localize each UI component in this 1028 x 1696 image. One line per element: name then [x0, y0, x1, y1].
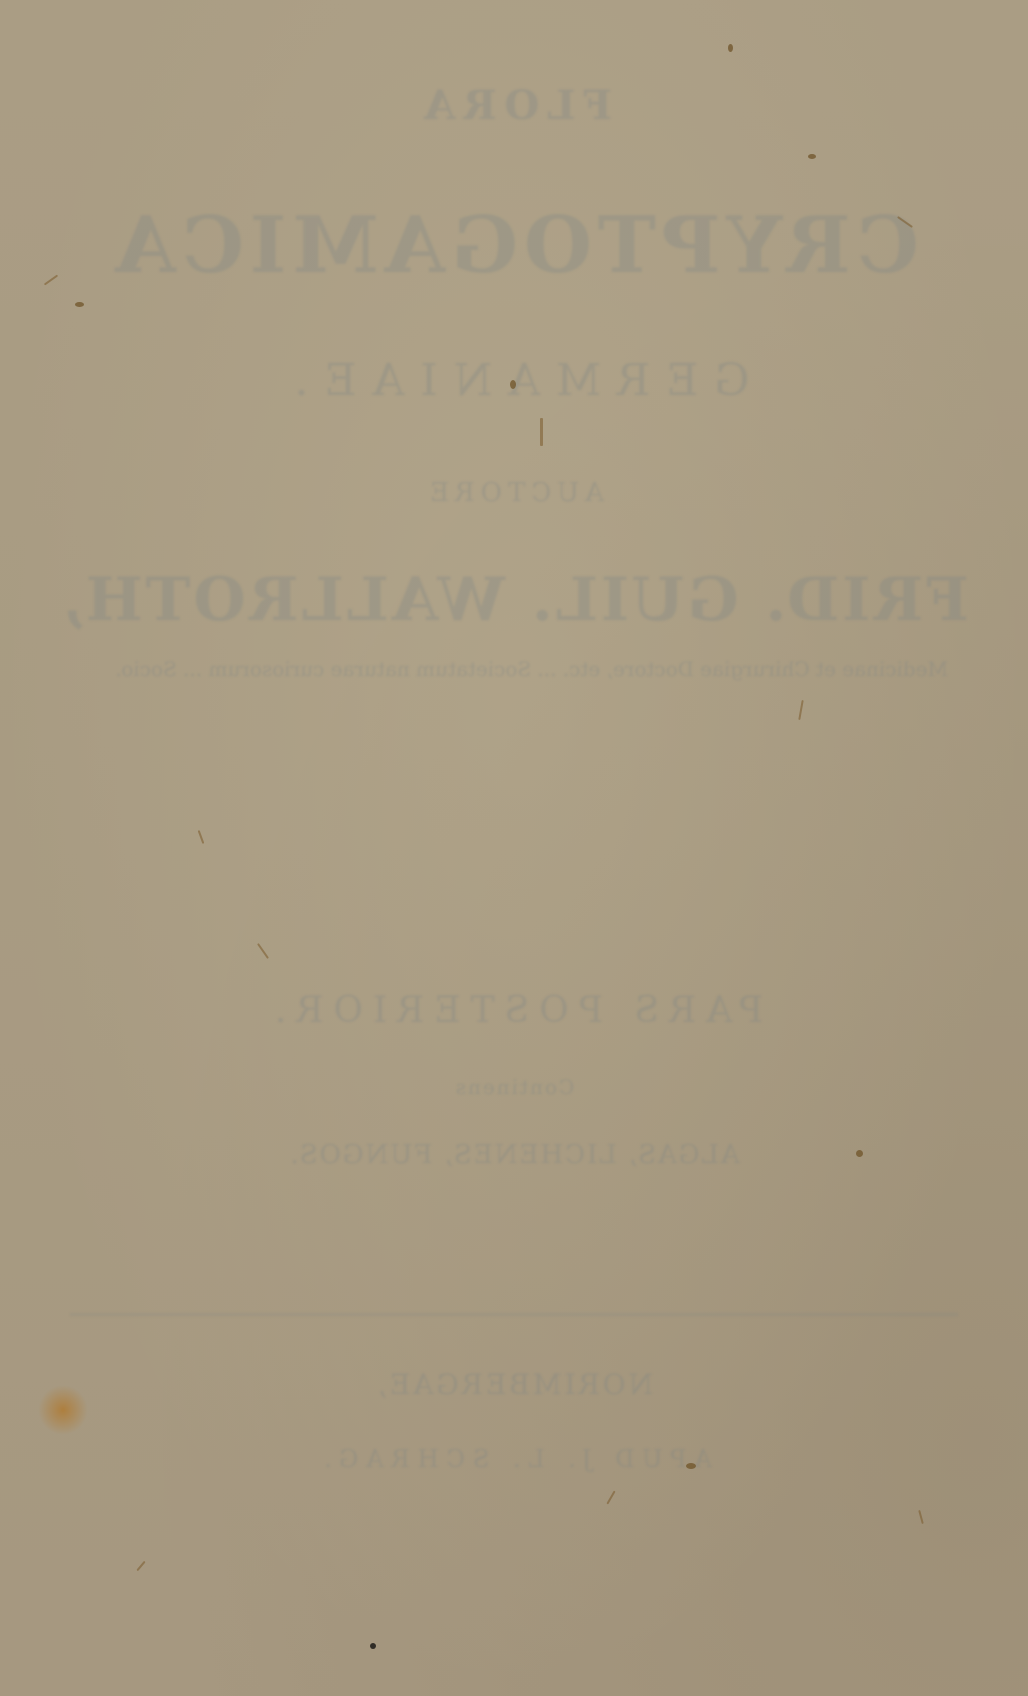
continens-line: Continens: [0, 1075, 1028, 1099]
double-rule-divider: [70, 1313, 958, 1316]
paper-speck: [370, 1643, 376, 1649]
imprint-place: NORIMBERGAE,: [0, 1368, 1028, 1401]
foxing-stain: [38, 1385, 88, 1435]
paper-speck: [728, 44, 733, 52]
paper-speck: [686, 1463, 696, 1469]
author-name: FRID. GUIL. WALLROTH,: [0, 565, 1028, 635]
author-description: Medicinae et Chirurgiae Doctore, etc. ..…: [80, 655, 948, 683]
title-line-flora: FLORA: [0, 82, 1028, 129]
paper-speck: [510, 380, 516, 389]
contents-line: ALGAS, LICHENES, FUNGOS.: [0, 1140, 1028, 1170]
paper-speck: [856, 1150, 863, 1157]
paper-speck: [75, 302, 84, 307]
mirrored-show-through-text: FLORA CRYPTOGAMICA GERMANIAE. AUCTORE FR…: [0, 0, 1028, 1696]
volume-part: PARS POSTERIOR.: [0, 990, 1028, 1031]
title-line-cryptogamica: CRYPTOGAMICA: [0, 200, 1028, 291]
auctore-line: AUCTORE: [0, 478, 1028, 508]
imprint-publisher: APUD J. L. SCHRAG.: [0, 1445, 1028, 1473]
paper-page: FLORA CRYPTOGAMICA GERMANIAE. AUCTORE FR…: [0, 0, 1028, 1696]
paper-fiber: [540, 418, 543, 446]
paper-speck: [808, 154, 816, 159]
